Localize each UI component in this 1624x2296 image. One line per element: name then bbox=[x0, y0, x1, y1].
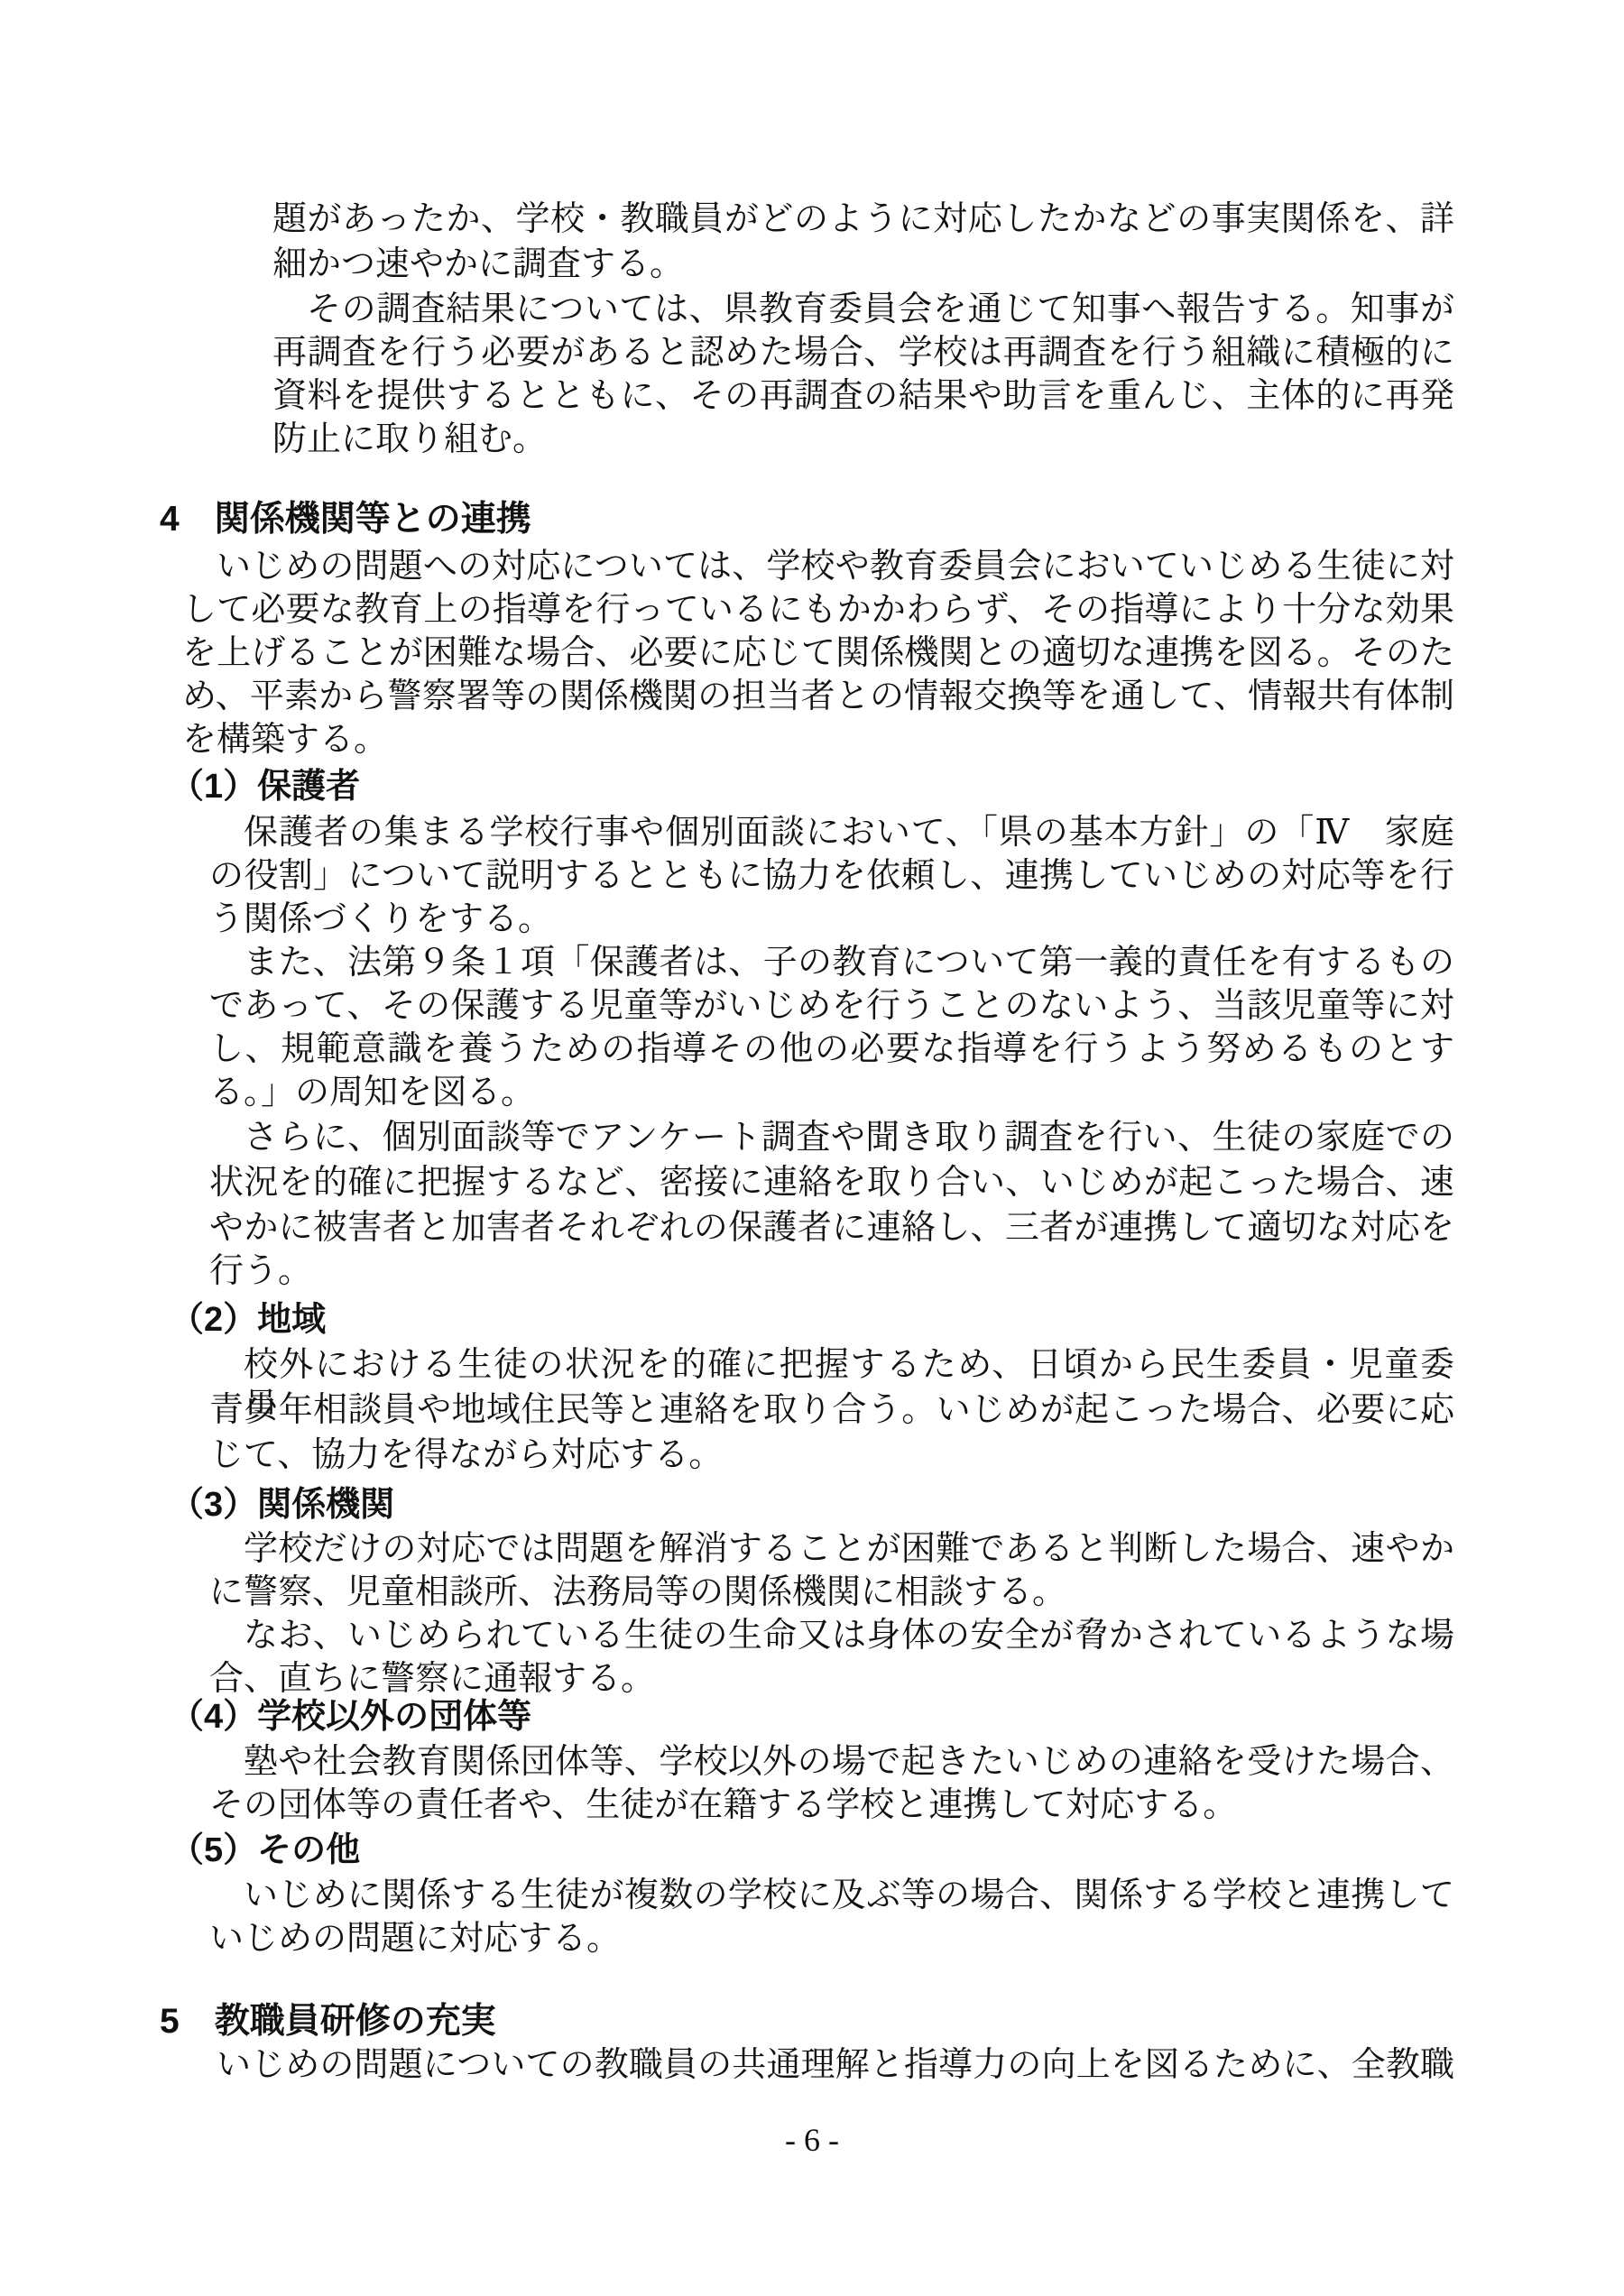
text-line: であって、その保護する児童等がいじめを行うことのないよう、当該児童等に対 bbox=[209, 985, 1454, 1027]
text-line: いじめの問題についての教職員の共通理解と指導力の向上を図るために、全教職 bbox=[217, 2044, 1454, 2086]
text-line: 学校だけの対応では問題を解消することが困難であると判断した場合、速やか bbox=[244, 1528, 1454, 1570]
text-line: に警察、児童相談所、法務局等の関係機関に相談する。 bbox=[209, 1572, 1066, 1613]
text-line: 資料を提供するとともに、その再調査の結果や助言を重んじ、主体的に再発 bbox=[272, 375, 1454, 417]
text-line: 防止に取り組む。 bbox=[272, 419, 547, 460]
text-line: じて、協力を得ながら対応する。 bbox=[209, 1434, 723, 1476]
text-line: また、法第９条１項「保護者は、子の教育について第一義的責任を有するもの bbox=[244, 942, 1454, 983]
text-line: なお、いじめられている生徒の生命又は身体の安全が脅かされているような場 bbox=[244, 1615, 1454, 1656]
text-line: る。」の周知を図る。 bbox=[209, 1072, 535, 1113]
text-line: の役割」について説明するとともに協力を依頼し、連携していじめの対応等を行 bbox=[209, 855, 1454, 897]
text-line: を上げることが困難な場合、必要に応じて関係機関との適切な連携を図る。そのた bbox=[182, 632, 1454, 674]
subsection-heading: （3）関係機関 bbox=[170, 1484, 394, 1526]
text-line: う関係づくりをする。 bbox=[209, 899, 552, 940]
text-line: 保護者の集まる学校行事や個別面談において、「県の基本方針」の「Ⅳ 家庭 bbox=[244, 812, 1454, 853]
text-line: め、平素から警察署等の関係機関の担当者との情報交換等を通して、情報共有体制 bbox=[182, 676, 1454, 717]
text-line: 再調査を行う必要があると認めた場合、学校は再調査を行う組織に積極的に bbox=[272, 332, 1454, 373]
text-line: いじめの問題への対応については、学校や教育委員会においていじめる生徒に対 bbox=[217, 546, 1454, 587]
document-page: 題があったか、学校・教職員がどのように対応したかなどの事実関係を、詳細かつ速やか… bbox=[0, 0, 1624, 2296]
text-line: 行う。 bbox=[209, 1250, 312, 1292]
text-line: し、規範意識を養うための指導その他の必要な指導を行うよう努めるものとす bbox=[209, 1028, 1454, 1070]
section-heading: 5 教職員研修の充実 bbox=[160, 2001, 496, 2042]
text-line: 題があったか、学校・教職員がどのように対応したかなどの事実関係を、詳 bbox=[272, 198, 1454, 240]
text-line: その団体等の責任者や、生徒が在籍する学校と連携して対応する。 bbox=[209, 1784, 1237, 1826]
text-line: 塾や社会教育関係団体等、学校以外の場で起きたいじめの連絡を受けた場合、 bbox=[244, 1741, 1454, 1783]
text-line: いじめに関係する生徒が複数の学校に及ぶ等の場合、関係する学校と連携して bbox=[244, 1875, 1454, 1916]
text-line: を構築する。 bbox=[182, 719, 388, 761]
subsection-heading: （5）その他 bbox=[170, 1830, 360, 1871]
text-line: さらに、個別面談等でアンケート調査や聞き取り調査を行い、生徒の家庭での bbox=[244, 1117, 1454, 1158]
text-line: 状況を的確に把握するなど、密接に連絡を取り合い、いじめが起こった場合、速 bbox=[209, 1162, 1454, 1203]
subsection-heading: （4）学校以外の団体等 bbox=[170, 1696, 531, 1738]
page-number: - 6 - bbox=[0, 2120, 1624, 2160]
text-line: 合、直ちに警察に通報する。 bbox=[209, 1658, 655, 1700]
text-line: 青少年相談員や地域住民等と連絡を取り合う。いじめが起こった場合、必要に応 bbox=[209, 1389, 1454, 1431]
text-line: その調査結果については、県教育委員会を通じて知事へ報告する。知事が bbox=[307, 289, 1454, 330]
text-line: いじめの問題に対応する。 bbox=[209, 1918, 621, 1959]
text-line: 細かつ速やかに調査する。 bbox=[272, 244, 684, 285]
section-heading: 4 関係機関等との連携 bbox=[160, 499, 531, 540]
subsection-heading: （2）地域 bbox=[170, 1299, 326, 1341]
text-line: やかに被害者と加害者それぞれの保護者に連絡し、三者が連携して適切な対応を bbox=[209, 1207, 1454, 1249]
subsection-heading: （1）保護者 bbox=[170, 766, 360, 807]
text-line: して必要な教育上の指導を行っているにもかかわらず、その指導により十分な効果 bbox=[182, 589, 1454, 631]
